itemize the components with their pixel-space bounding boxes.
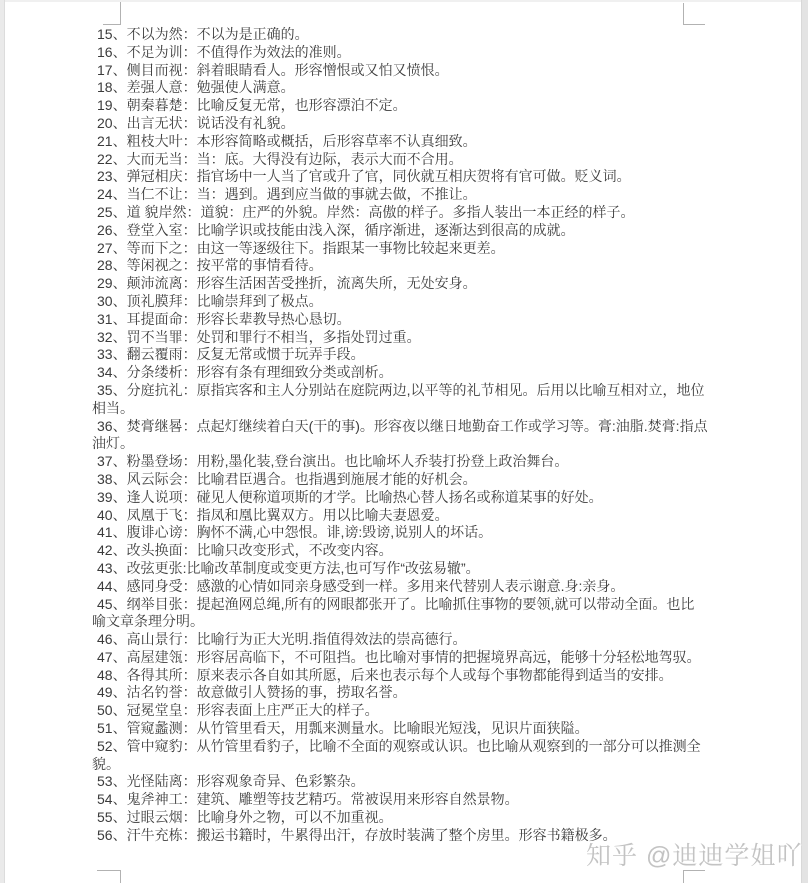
- list-item: 28、等闲视之：按平常的事情看待。: [92, 257, 708, 275]
- list-item: 49、沽名钓誉：故意做引人赞扬的事，捞取名誉。: [92, 684, 708, 702]
- list-item: 33、翻云覆雨：反复无常或惯于玩弄手段。: [92, 346, 708, 364]
- crop-mark-top-right: [683, 3, 684, 25]
- document-page: { "document": { "kind": "word-processor …: [0, 0, 808, 883]
- list-item: 37、粉墨登场：用粉,墨化装,登台演出。也比喻坏人乔装打扮登上政治舞台。: [92, 453, 708, 471]
- list-item: 35、分庭抗礼：原指宾客和主人分别站在庭院两边,以平等的礼节相见。后用以比喻互相…: [92, 382, 708, 418]
- list-item: 47、高屋建瓴：形容居高临下，不可阻挡。也比喻对事情的把握境界高远，能够十分轻松…: [92, 649, 708, 667]
- crop-mark-bottom-left: [120, 870, 121, 883]
- list-item: 40、凤凰于飞：指凤和凰比翼双方。用以比喻夫妻恩爱。: [92, 507, 708, 525]
- list-item: 36、焚膏继晷：点起灯继续着白天(干的事)。形容夜以继日地勤奋工作或学习等。膏:…: [92, 418, 708, 454]
- list-item: 41、腹诽心谤：胸怀不满,心中怨恨。诽,谤:毁谤,说别人的坏话。: [92, 524, 708, 542]
- list-item: 16、不足为训：不值得作为效法的准则。: [92, 44, 708, 62]
- list-item: 23、弹冠相庆：指官场中一人当了官或升了官，同伙就互相庆贺将有官可做。贬义词。: [92, 168, 708, 186]
- list-item: 17、侧目而视：斜着眼睛看人。形容憎恨或又怕又愤恨。: [92, 62, 708, 80]
- list-item: 22、大而无当：当：底。大得没有边际，表示大而不合用。: [92, 151, 708, 169]
- list-item: 42、改头换面：比喻只改变形式，不改变内容。: [92, 542, 708, 560]
- window-right-edge: [801, 0, 808, 883]
- list-item: 15、不以为然：不以为是正确的。: [92, 26, 708, 44]
- list-item: 18、差强人意：勉强使人满意。: [92, 79, 708, 97]
- list-item: 52、管中窥豹：从竹管里看豹子，比喻不全面的观察或认识。也比喻从观察到的一部分可…: [92, 738, 708, 774]
- list-item: 48、各得其所：原来表示各自如其所愿，后来也表示每个人或每个事物都能得到适当的安…: [92, 667, 708, 685]
- list-item: 45、纲举目张：提起渔网总绳,所有的网眼都张开了。比喻抓住事物的要领,就可以带动…: [92, 596, 708, 632]
- list-item: 53、光怪陆离：形容观象奇异、色彩繁杂。: [92, 773, 708, 791]
- list-item: 38、风云际会：比喻君臣遇合。也指遇到施展才能的好机会。: [92, 471, 708, 489]
- list-item: 43、改弦更张:比喻改革制度或变更方法,也可写作“改弦易辙”。: [92, 560, 708, 578]
- list-item: 54、鬼斧神工：建筑、雕塑等技艺精巧。常被误用来形容自然景物。: [92, 791, 708, 809]
- crop-mark-top-right: [683, 24, 705, 25]
- list-item: 46、高山景行：比喻行为正大光明.指值得效法的崇高德行。: [92, 631, 708, 649]
- list-item: 51、管窥蠡测：从竹管里看天，用瓢来测量水。比喻眼光短浅，见识片面狭隘。: [92, 720, 708, 738]
- list-item: 25、道 貌岸然：道貌：庄严的外貌。岸然：高傲的样子。多指人装出一本正经的样子。: [92, 204, 708, 222]
- list-item: 20、出言无状：说话没有礼貌。: [92, 115, 708, 133]
- list-item: 26、登堂入室：比喻学识或技能由浅入深，循序渐进，逐渐达到很高的成就。: [92, 222, 708, 240]
- list-item: 24、当仁不让：当：遇到。遇到应当做的事就去做，不推让。: [92, 186, 708, 204]
- window-top-edge: [0, 0, 808, 2]
- list-item: 39、逢人说项：碰见人便称道项斯的才学。比喻热心替人扬名或称道某事的好处。: [92, 489, 708, 507]
- list-item: 55、过眼云烟：比喻身外之物，可以不加重视。: [92, 809, 708, 827]
- list-item: 32、罚不当罪：处罚和罪行不相当，多指处罚过重。: [92, 329, 708, 347]
- crop-mark-bottom-left: [97, 870, 121, 871]
- crop-mark-top-left: [120, 2, 121, 25]
- list-item: 29、颠沛流离：形容生活困苦受挫折，流离失所，无处安身。: [92, 275, 708, 293]
- list-item: 31、耳提面命：形容长辈教导热心恳切。: [92, 311, 708, 329]
- list-item: 50、冠冕堂皇：形容表面上庄严正大的样子。: [92, 702, 708, 720]
- zhihu-watermark: 知乎 @迪迪学姐吖: [586, 836, 802, 872]
- list-item: 19、朝秦暮楚：比喻反复无常，也形容漂泊不定。: [92, 97, 708, 115]
- crop-mark-top-left: [103, 24, 121, 25]
- list-item: 27、等而下之：由这一等逐级往下。指跟某一事物比较起来更差。: [92, 240, 708, 258]
- list-item: 34、分条缕析：形容有条有理细致分类或剖析。: [92, 364, 708, 382]
- list-item: 30、顶礼膜拜：比喻崇拜到了极点。: [92, 293, 708, 311]
- list-item: 21、粗枝大叶：本形容简略或概括，后形容草率不认真细致。: [92, 133, 708, 151]
- idiom-list: 15、不以为然：不以为是正确的。16、不足为训：不值得作为效法的准则。17、侧目…: [92, 26, 708, 845]
- list-item: 44、感同身受：感激的心情如同亲身感受到一样。多用来代替别人表示谢意.身:亲身。: [92, 578, 708, 596]
- window-left-edge: [0, 0, 5, 883]
